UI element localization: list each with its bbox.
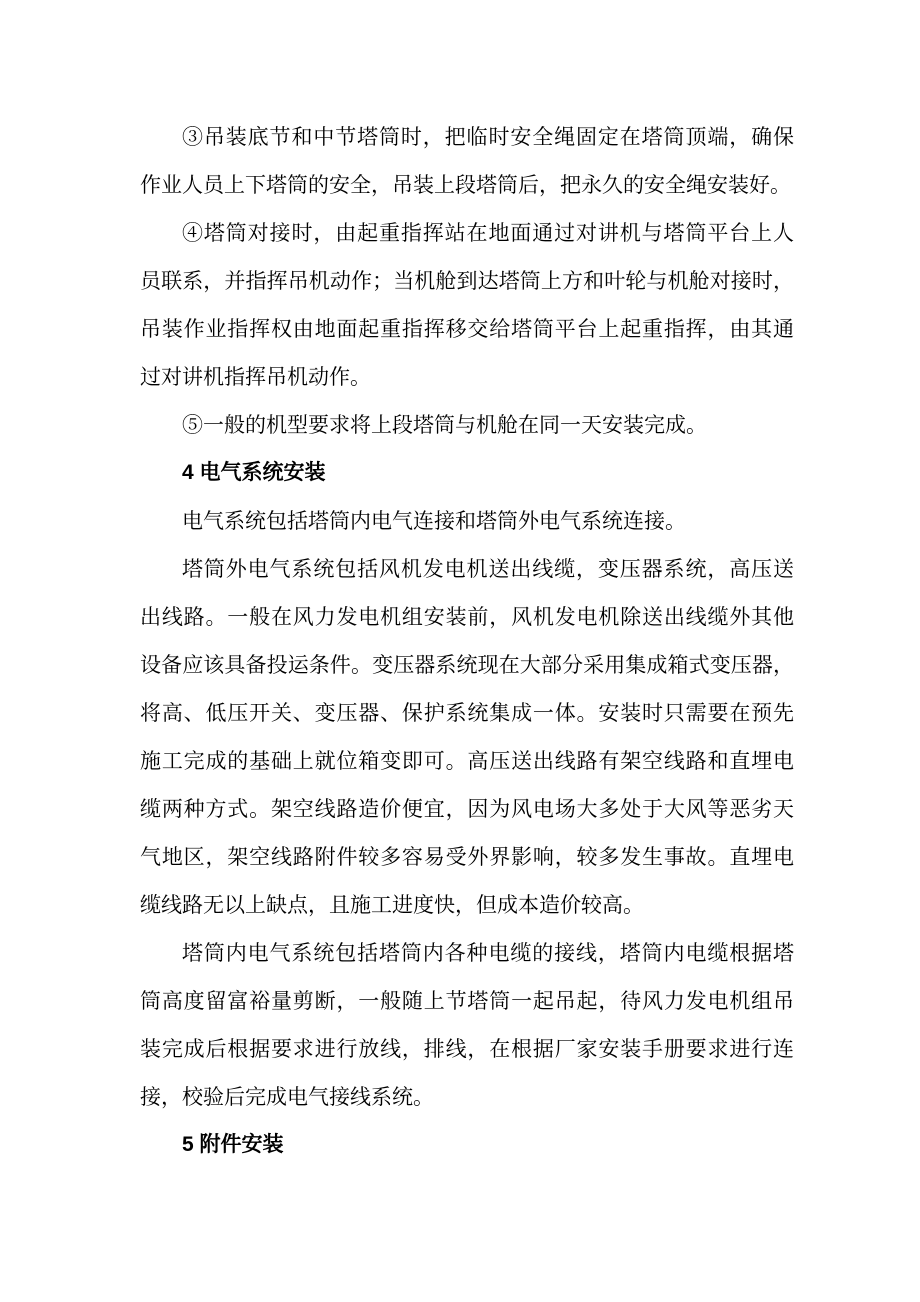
text-line: 作业人员上下塔筒的安全，吊装上段塔筒后，把永久的安全绳安装好。 bbox=[140, 161, 794, 209]
text-line: ③吊装底节和中节塔筒时，把临时安全绳固定在塔筒顶端，确保 bbox=[140, 113, 794, 161]
text-line: 气地区，架空线路附件较多容易受外界影响，较多发生事故。直埋电 bbox=[140, 833, 794, 881]
text-line: 塔筒外电气系统包括风机发电机送出线缆，变压器系统，高压送 bbox=[140, 545, 794, 593]
text-line: 缆两种方式。架空线路造价便宜，因为风电场大多处于大风等恶劣天 bbox=[140, 785, 794, 833]
text-line: 员联系，并指挥吊机动作；当机舱到达塔筒上方和叶轮与机舱对接时， bbox=[140, 257, 794, 305]
text-line: 塔筒内电气系统包括塔筒内各种电缆的接线，塔筒内电缆根据塔 bbox=[140, 929, 794, 977]
text-line: 设备应该具备投运条件。变压器系统现在大部分采用集成箱式变压器， bbox=[140, 641, 794, 689]
text-line: 出线路。一般在风力发电机组安装前，风机发电机除送出线缆外其他 bbox=[140, 593, 794, 641]
text-line: 电气系统包括塔筒内电气连接和塔筒外电气系统连接。 bbox=[140, 497, 794, 545]
text-line: 筒高度留富裕量剪断，一般随上节塔筒一起吊起，待风力发电机组吊 bbox=[140, 977, 794, 1025]
document-page: ③吊装底节和中节塔筒时，把临时安全绳固定在塔筒顶端，确保作业人员上下塔筒的安全，… bbox=[0, 0, 920, 1302]
text-line: 装完成后根据要求进行放线，排线，在根据厂家安装手册要求进行连 bbox=[140, 1025, 794, 1073]
text-line: ⑤一般的机型要求将上段塔筒与机舱在同一天安装完成。 bbox=[140, 401, 794, 449]
text-line: 过对讲机指挥吊机动作。 bbox=[140, 353, 794, 401]
text-line: 施工完成的基础上就位箱变即可。高压送出线路有架空线路和直埋电 bbox=[140, 737, 794, 785]
text-line: ④塔筒对接时，由起重指挥站在地面通过对讲机与塔筒平台上人 bbox=[140, 209, 794, 257]
text-line: 接，校验后完成电气接线系统。 bbox=[140, 1073, 794, 1121]
text-line: 吊装作业指挥权由地面起重指挥移交给塔筒平台上起重指挥，由其通 bbox=[140, 305, 794, 353]
section-heading: 4 电气系统安装 bbox=[140, 449, 794, 497]
text-line: 将高、低压开关、变压器、保护系统集成一体。安装时只需要在预先 bbox=[140, 689, 794, 737]
document-text-body: ③吊装底节和中节塔筒时，把临时安全绳固定在塔筒顶端，确保作业人员上下塔筒的安全，… bbox=[140, 113, 794, 1169]
text-line: 缆线路无以上缺点，且施工进度快，但成本造价较高。 bbox=[140, 881, 794, 929]
section-heading: 5 附件安装 bbox=[140, 1121, 794, 1169]
